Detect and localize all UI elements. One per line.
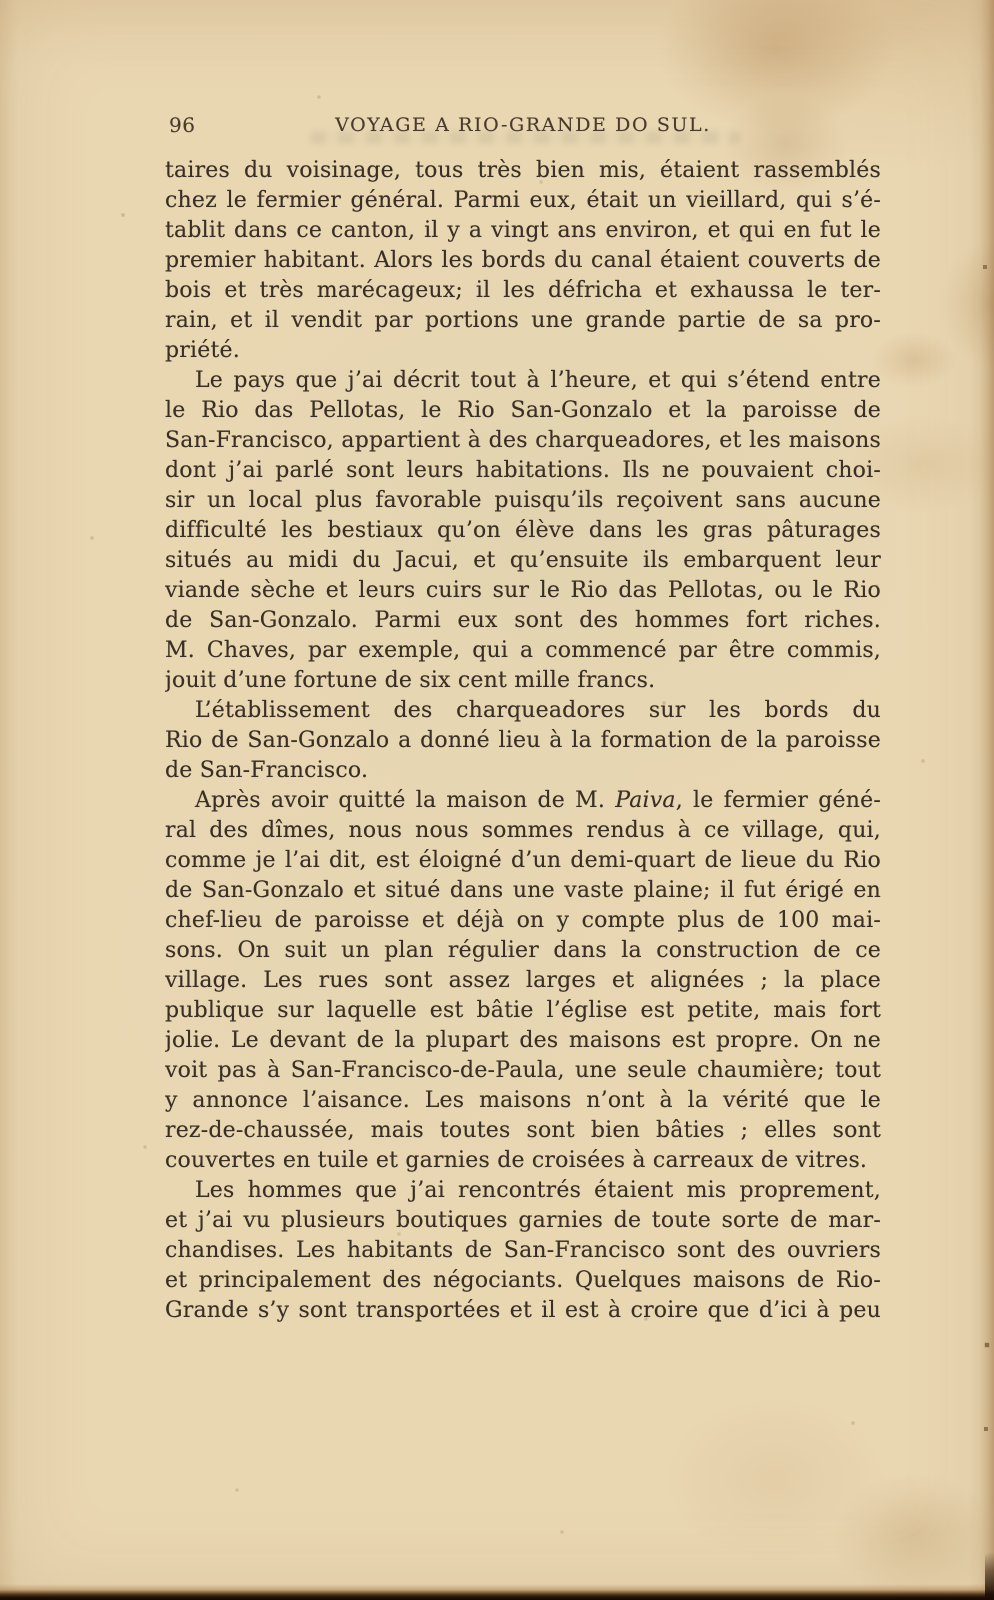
text-line: y annonce l’aisance. Les maisons n’ont à… — [165, 1086, 881, 1116]
text-line: comme je l’ai dit, est éloigné d’un demi… — [165, 846, 881, 876]
text-line: et principalement des négociants. Quelqu… — [165, 1266, 881, 1296]
text-line: jolie. Le devant de la plupart des maiso… — [165, 1026, 881, 1056]
book-bottom-edge — [0, 1584, 994, 1600]
text-segment: Le pays que j’ai décrit tout à l’heure, … — [195, 368, 881, 393]
text-segment: priété. — [165, 338, 240, 363]
text-segment: couvertes en tuile et garnies de croisée… — [165, 1148, 867, 1173]
text-line: publique sur laquelle est bâtie l’église… — [165, 996, 881, 1026]
text-line: le Rio das Pellotas, le Rio San-Gonzalo … — [165, 396, 881, 426]
text-line: priété. — [165, 336, 881, 366]
text-segment: chef-lieu de paroisse et déjà on y compt… — [165, 908, 881, 933]
text-segment: de San-Gonzalo. Parmi eux sont des homme… — [165, 608, 881, 633]
book-page: 96 VOYAGE A RIO-GRANDE DO SUL. taires du… — [0, 0, 994, 1600]
text-segment: L’établissement des charqueadores sur le… — [195, 698, 881, 723]
text-segment: taires du voisinage, tous très bien mis,… — [165, 158, 881, 183]
text-segment: chez le fermier général. Parmi eux, étai… — [165, 188, 881, 213]
running-title: VOYAGE A RIO-GRANDE DO SUL. — [335, 114, 711, 136]
text-line: difficulté les bestiaux qu’on élève dans… — [165, 516, 881, 546]
text-segment: sir un local plus favorable puisqu’ils r… — [165, 488, 881, 513]
text-segment: Grande s’y sont transportées et il est à… — [165, 1298, 881, 1323]
text-segment: publique sur laquelle est bâtie l’église… — [165, 998, 881, 1023]
text-line: chez le fermier général. Parmi eux, étai… — [165, 186, 881, 216]
text-line: sir un local plus favorable puisqu’ils r… — [165, 486, 881, 516]
text-line: chandises. Les habitants de San-Francisc… — [165, 1236, 881, 1266]
page-header: 96 VOYAGE A RIO-GRANDE DO SUL. — [165, 112, 881, 138]
text-segment: Après avoir quitté la maison de M. — [195, 788, 615, 813]
text-segment: voit pas à San-Francisco-de-Paula, une s… — [165, 1058, 881, 1083]
text-segment: sons. On suit un plan régulier dans la c… — [165, 938, 881, 963]
text-segment: chandises. Les habitants de San-Francisc… — [165, 1238, 881, 1263]
text-segment: rez-de-chaussée, mais toutes sont bien b… — [165, 1118, 881, 1143]
text-segment: difficulté les bestiaux qu’on élève dans… — [165, 518, 881, 543]
text-segment: jouit d’une fortune de six cent mille fr… — [165, 668, 655, 693]
text-segment: situés au midi du Jacui, et qu’ensuite i… — [165, 548, 881, 573]
text-line: couvertes en tuile et garnies de croisée… — [165, 1146, 881, 1176]
text-segment: de San-Francisco. — [165, 758, 368, 783]
text-segment: village. Les rues sont assez larges et a… — [165, 968, 881, 993]
text-line: jouit d’une fortune de six cent mille fr… — [165, 666, 881, 696]
text-segment: tablit dans ce canton, il y a vingt ans … — [165, 218, 881, 243]
text-line: de San-Francisco. — [165, 756, 881, 786]
text-line: situés au midi du Jacui, et qu’ensuite i… — [165, 546, 881, 576]
text-segment: jolie. Le devant de la plupart des maiso… — [165, 1028, 881, 1053]
text-segment: le Rio das Pellotas, le Rio San-Gonzalo … — [165, 398, 881, 423]
text-line: village. Les rues sont assez larges et a… — [165, 966, 881, 996]
page-number: 96 — [169, 112, 195, 138]
text-line: bois et très marécageux; il les défricha… — [165, 276, 881, 306]
text-line: Grande s’y sont transportées et il est à… — [165, 1296, 881, 1326]
text-segment: et principalement des négociants. Quelqu… — [165, 1268, 881, 1293]
paragraph: taires du voisinage, tous très bien mis,… — [165, 156, 881, 366]
text-line: de San-Gonzalo et situé dans une vaste p… — [165, 876, 881, 906]
text-line: de San-Gonzalo. Parmi eux sont des homme… — [165, 606, 881, 636]
italic-text: Paiva — [615, 788, 676, 813]
text-line: Rio de San-Gonzalo a donné lieu à la for… — [165, 726, 881, 756]
text-segment: premier habitant. Alors les bords du can… — [165, 248, 881, 273]
paragraph: L’établissement des charqueadores sur le… — [165, 696, 881, 786]
text-line: L’établissement des charqueadores sur le… — [165, 696, 881, 726]
page-body: taires du voisinage, tous très bien mis,… — [165, 156, 881, 1326]
text-segment: dont j’ai parlé sont leurs habitations. … — [165, 458, 881, 483]
text-line: rain, et il vendit par portions une gran… — [165, 306, 881, 336]
text-line: rez-de-chaussée, mais toutes sont bien b… — [165, 1116, 881, 1146]
text-segment: San-Francisco, appartient à des charquea… — [165, 428, 881, 453]
text-line: et j’ai vu plusieurs boutiques garnies d… — [165, 1206, 881, 1236]
bottom-right-corner-shadow — [985, 1552, 994, 1600]
text-line: viande sèche et leurs cuirs sur le Rio d… — [165, 576, 881, 606]
text-line: M. Chaves, par exemple, qui a commencé p… — [165, 636, 881, 666]
text-line: Le pays que j’ai décrit tout à l’heure, … — [165, 366, 881, 396]
text-segment: comme je l’ai dit, est éloigné d’un demi… — [165, 848, 881, 873]
text-line: chef-lieu de paroisse et déjà on y compt… — [165, 906, 881, 936]
text-line: Les hommes que j’ai rencontrés étaient m… — [165, 1176, 881, 1206]
text-line: San-Francisco, appartient à des charquea… — [165, 426, 881, 456]
text-line: taires du voisinage, tous très bien mis,… — [165, 156, 881, 186]
text-segment: Les hommes que j’ai rencontrés étaient m… — [195, 1178, 881, 1203]
right-edge-marks — [0, 0, 2, 2]
text-segment: , le fermier géné- — [676, 788, 881, 813]
text-segment: rain, et il vendit par portions une gran… — [165, 308, 881, 333]
text-line: dont j’ai parlé sont leurs habitations. … — [165, 456, 881, 486]
page-right-edge-shadow — [980, 0, 994, 1600]
paragraph: Les hommes que j’ai rencontrés étaient m… — [165, 1176, 881, 1326]
text-segment: y annonce l’aisance. Les maisons n’ont à… — [165, 1088, 881, 1113]
paragraph: Après avoir quitté la maison de M. Paiva… — [165, 786, 881, 1176]
text-segment: de San-Gonzalo et situé dans une vaste p… — [165, 878, 881, 903]
text-line: Après avoir quitté la maison de M. Paiva… — [165, 786, 881, 816]
text-segment: et j’ai vu plusieurs boutiques garnies d… — [165, 1208, 881, 1233]
text-line: tablit dans ce canton, il y a vingt ans … — [165, 216, 881, 246]
text-segment: ral des dîmes, nous nous sommes rendus à… — [165, 818, 881, 843]
text-line: sons. On suit un plan régulier dans la c… — [165, 936, 881, 966]
text-segment: bois et très marécageux; il les défricha… — [165, 278, 881, 303]
text-segment: Rio de San-Gonzalo a donné lieu à la for… — [165, 728, 881, 753]
text-line: ral des dîmes, nous nous sommes rendus à… — [165, 816, 881, 846]
paragraph: Le pays que j’ai décrit tout à l’heure, … — [165, 366, 881, 696]
text-line: premier habitant. Alors les bords du can… — [165, 246, 881, 276]
text-line: voit pas à San-Francisco-de-Paula, une s… — [165, 1056, 881, 1086]
text-segment: M. Chaves, par exemple, qui a commencé p… — [165, 638, 881, 663]
text-segment: viande sèche et leurs cuirs sur le Rio d… — [165, 578, 881, 603]
